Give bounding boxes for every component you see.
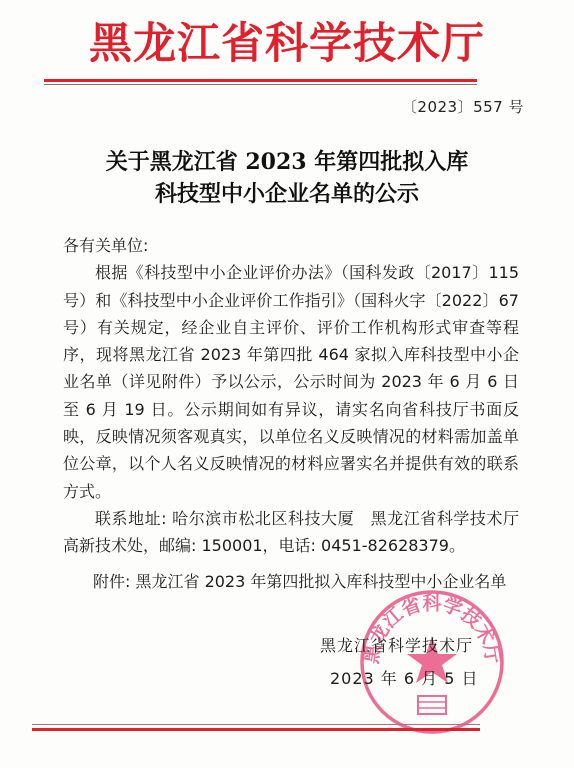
title-line-1: 关于黑龙江省 2023 年第四批拟入库 bbox=[0, 146, 574, 178]
signature-date: 2023 年 6 月 5 日 bbox=[330, 667, 479, 691]
masthead-red-rule bbox=[44, 79, 477, 82]
masthead-thin-rule bbox=[44, 84, 477, 85]
document-body: 各有关单位: 根据《科技型中小企业评价办法》（国科发政〔2017〕115号）和《… bbox=[63, 232, 519, 560]
official-seal-icon: 黑龙江省科学技术厅 bbox=[358, 588, 506, 736]
salutation: 各有关单位: bbox=[63, 232, 519, 259]
masthead-title: 黑龙江省科学技术厅 bbox=[0, 16, 574, 72]
body-paragraph-contact: 联系地址: 哈尔滨市松北区科技大厦 黑龙江省科学技术厅高新技术处，邮编: 150… bbox=[63, 505, 519, 560]
title-line-2: 科技型中小企业名单的公示 bbox=[0, 178, 574, 210]
document-page: 黑龙江省科学技术厅 〔2023〕557 号 关于黑龙江省 2023 年第四批拟入… bbox=[0, 0, 574, 768]
document-title: 关于黑龙江省 2023 年第四批拟入库 科技型中小企业名单的公示 bbox=[0, 146, 574, 210]
body-paragraph-notice: 根据《科技型中小企业评价办法》（国科发政〔2017〕115号）和《科技型中小企业… bbox=[63, 259, 519, 505]
footer-red-rule bbox=[32, 728, 480, 731]
document-number: 〔2023〕557 号 bbox=[402, 97, 524, 117]
footer-thin-rule bbox=[32, 724, 480, 725]
signature-organization: 黑龙江省科学技术厅 bbox=[320, 634, 473, 658]
